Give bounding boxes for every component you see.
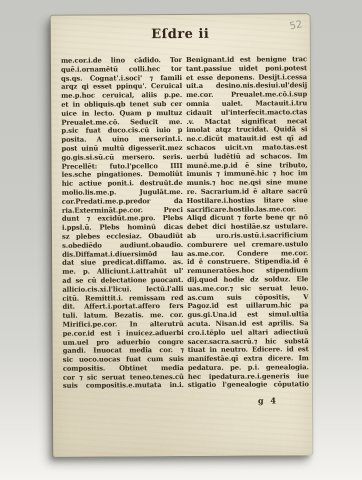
- quire-signature: g 4: [188, 396, 309, 407]
- text-line: Hostilare.i.hostias litare siue: [187, 196, 308, 206]
- book-page: Eſdre ii 52 me.cor.i.de lino cādido. Tor…: [51, 14, 313, 457]
- pencil-folio-number: 52: [289, 19, 304, 32]
- right-column-lines: Benignant.id est benigne tractant.passiu…: [186, 55, 309, 390]
- text-line: acuta. Nisan.id est aprilis. Sa: [188, 319, 309, 329]
- text-line: et in obliquis.qb tenet sub cer: [61, 100, 182, 110]
- text-line: dij.quod hodie dz solduz. Ele: [187, 275, 308, 285]
- text-line: schacos uicit.vn mato.tas.est: [186, 143, 307, 153]
- text-line: cidauit ul'interfecit.macto.ctas: [186, 108, 307, 118]
- text-line: comburere uel cremare.ustulo: [187, 240, 308, 250]
- text-line: uas.me.cor.⁊ sic seruat leuo.: [187, 284, 308, 294]
- text-line: pedatura. pe. p.i. genealogia.: [188, 363, 309, 373]
- text-column-left: me.cor.i.de lino cādido. Torquē.i.ornamē…: [61, 56, 184, 407]
- left-column-lines: me.cor.i.de lino cādido. Torquē.i.ornamē…: [61, 56, 184, 391]
- text-line: s.obediēdo audiunt.obaudio.: [62, 241, 183, 251]
- text-line: uerbū ludētiū ad schacos. Im: [186, 152, 307, 162]
- text-line: compositis. Obtinet media: [63, 364, 184, 374]
- text-line: post uinū multū digesserīt.mez: [61, 144, 182, 154]
- text-line: cro.i.tēplo uel altari adiectiuū: [188, 328, 309, 338]
- scan-background: Eſdre ii 52 me.cor.i.de lino cādido. Tor…: [0, 0, 362, 480]
- text-line: ab uro.ris.ustū.i.sacrificium: [187, 231, 308, 241]
- text-line: re. Sacrarium.id ē altare sacrū: [187, 187, 308, 197]
- text-line: pe.cor.id est ī inuicez.aduerbi: [63, 329, 184, 339]
- text-line: omnia ualet. Mactauit.i.tru: [186, 99, 307, 109]
- text-line: uice in lecto. Quam p multuz: [61, 109, 182, 119]
- text-line: cor.Predati.me.p.predor da: [62, 197, 183, 207]
- text-line: molio.lis.me.p. Jugulāt.me.: [62, 188, 183, 198]
- text-column-right: Benignant.id est benigne tractant.passiu…: [186, 55, 309, 406]
- text-line: sz plebes ecclesiaz. Obaudiūt: [62, 232, 183, 242]
- running-title: Eſdre ii: [51, 26, 310, 43]
- text-line: ad se cū delectatione puocant.: [62, 276, 183, 286]
- text-line: tant.passiue uidet poni.potest: [186, 64, 307, 74]
- text-line: suis compositis.e.mutata in.i.: [63, 381, 184, 391]
- text-line: stigatio l'genealogie cōputatio: [188, 381, 309, 391]
- text-line: quē.i.ornamētū colli.hec tor: [61, 65, 182, 75]
- text-line: Mirifici.pe.cor. In alterutrū: [63, 320, 184, 330]
- text-block: me.cor.i.de lino cādido. Torquē.i.ornamē…: [61, 55, 309, 407]
- text-line: go.gis.si.sū.cū mersero. seris.: [61, 153, 182, 163]
- text-line: allicio.cis.xi.l'licui. lectū.l'alli: [62, 285, 183, 295]
